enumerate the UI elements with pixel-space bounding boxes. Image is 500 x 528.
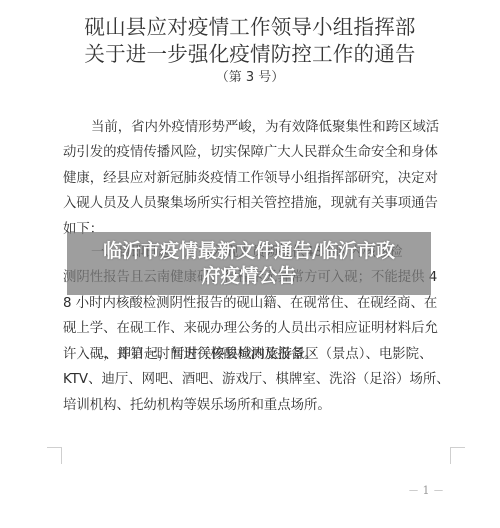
paragraph-line: 二、即日起，暂时关停县域内旅游景区（景点）、电影院、 — [63, 342, 461, 367]
paragraph-item-2: 二、即日起，暂时关停县域内旅游景区（景点）、电影院、 KTV、迪厅、网吧、酒吧、… — [63, 342, 461, 418]
paragraph-line: 健康，经县应对新冠肺炎疫情工作领导小组指挥部研究，决定对 — [63, 166, 461, 191]
paragraph-line: 入砚人员及人员聚集场所实行相关管控措施，现就有关事项通告 — [63, 191, 461, 216]
document-title-line1: 砚山县应对疫情工作领导小组指挥部 — [0, 10, 500, 40]
document-title-line2: 关于进一步强化疫情防控工作的通告 — [0, 37, 500, 67]
document-number: （第 3 号） — [0, 66, 500, 85]
paragraph-line: 培训机构、托幼机构等娱乐场所和重点场所。 — [63, 393, 461, 418]
headline-line1: 临沂市疫情最新文件通告/临沂市政 — [103, 239, 395, 264]
page-number: － 1 － — [408, 482, 444, 498]
headline-line2: 府疫情公告 — [201, 264, 296, 289]
paragraph-line: KTV、迪厅、网吧、酒吧、游戏厅、棋牌室、洗浴（足浴）场所、 — [63, 367, 461, 392]
paragraph-line: 当前，省内外疫情形势严峻，为有效降低聚集性和跨区域活 — [63, 115, 461, 140]
paragraph-line: 动引发的疫情传播风险，切实保障广大人民群众生命安全和身体 — [63, 140, 461, 165]
margin-corner-mark-right — [450, 447, 465, 464]
headline-overlay-banner: 临沂市疫情最新文件通告/临沂市政 府疫情公告 — [67, 232, 431, 295]
margin-corner-mark-left — [47, 447, 62, 464]
paragraph-line: 砚上学、在砚工作、来砚办理公务的人员出示相应证明材料后允 — [63, 316, 461, 341]
paragraph-intro: 当前，省内外疫情形势严峻，为有效降低聚集性和跨区域活 动引发的疫情传播风险，切实… — [63, 115, 461, 242]
